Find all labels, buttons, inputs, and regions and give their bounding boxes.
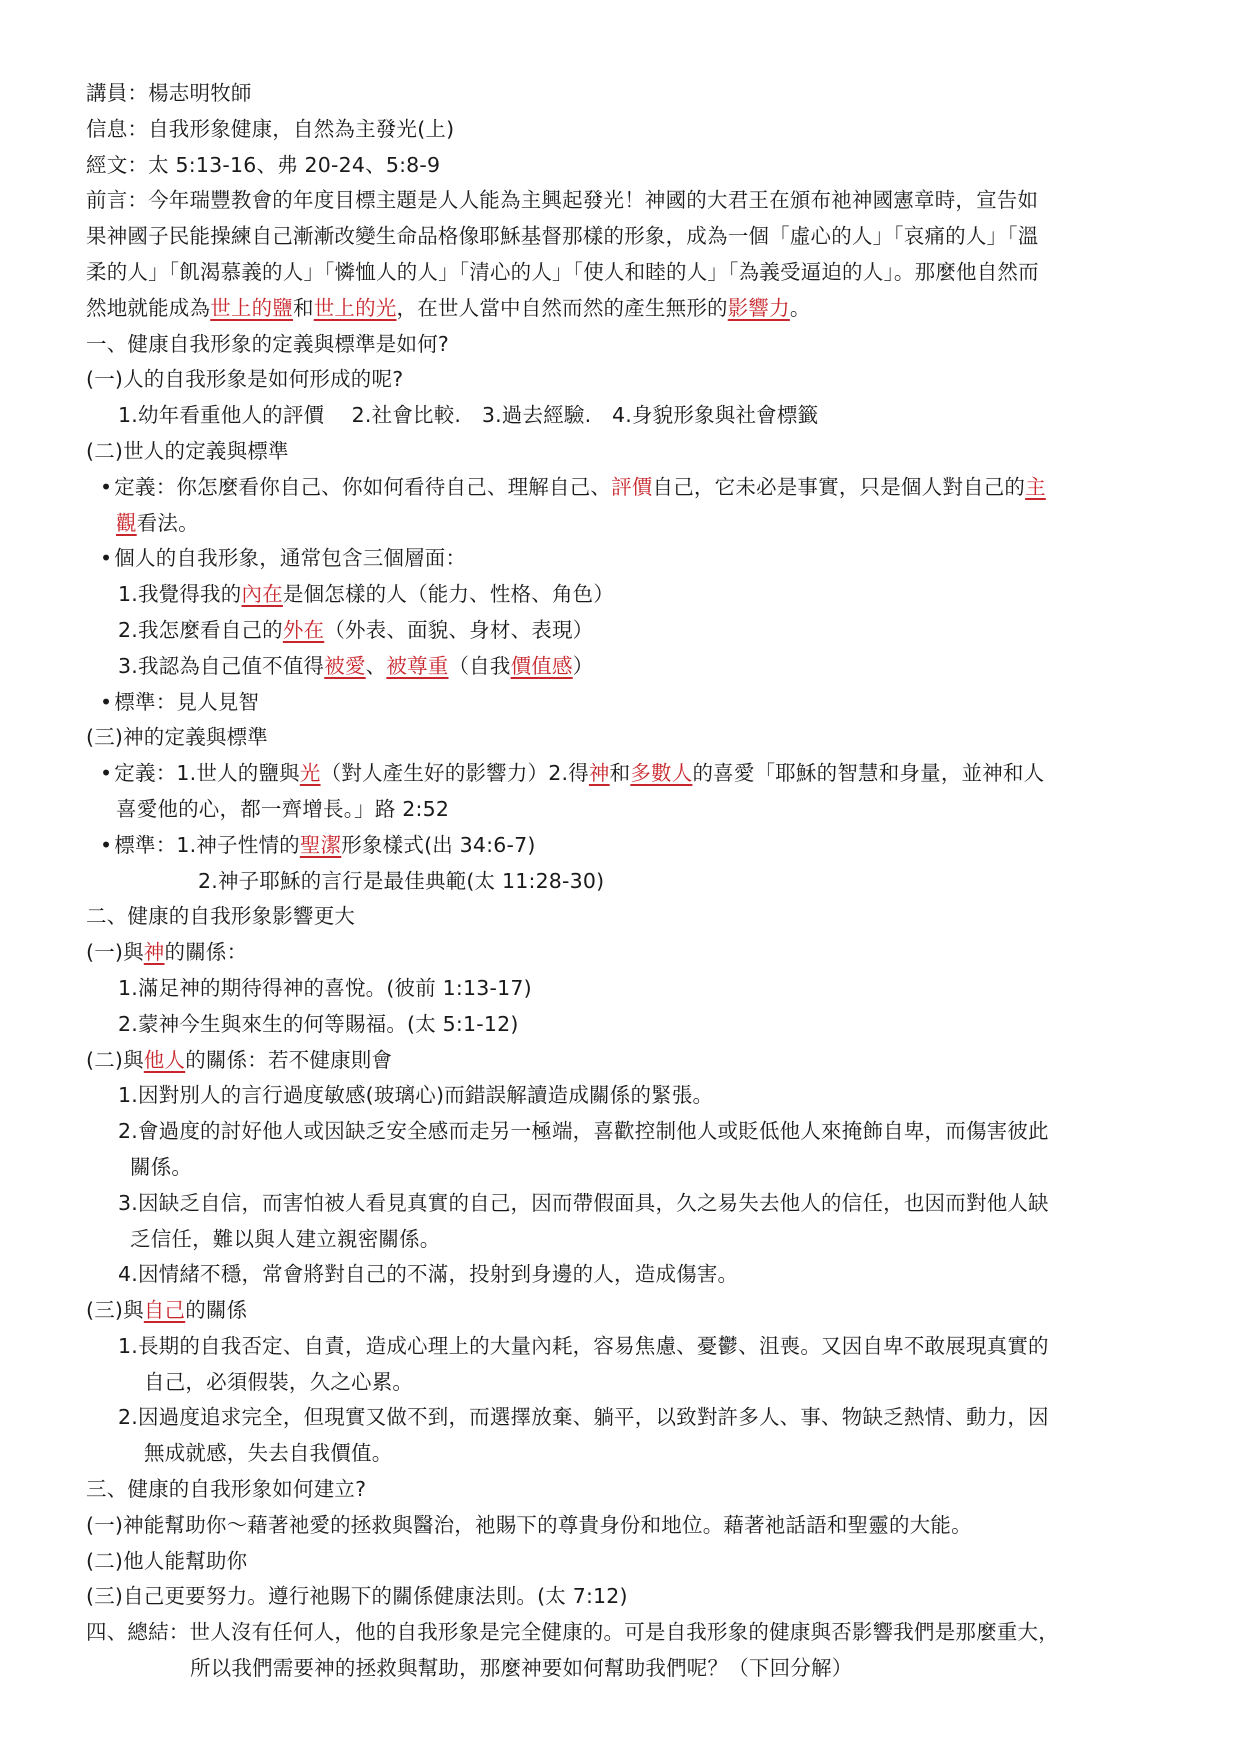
- world-standard: 標準：見人見智: [86, 685, 1166, 721]
- text: （自我: [448, 654, 510, 678]
- text: 和: [610, 761, 631, 785]
- section-2-sub-2-item-3-cont: 乏信任，難以與人建立親密關係。: [86, 1222, 1166, 1258]
- highlight-subjective: 觀: [116, 511, 137, 535]
- text: 和: [293, 296, 314, 320]
- section-2-sub-3-title: (三)與自己的關係: [86, 1293, 1166, 1329]
- section-2-sub-2-item-1: 1.因對別人的言行過度敏感(玻璃心)而錯誤解讀造成關係的緊張。: [86, 1078, 1166, 1114]
- section-2-sub-2-item-3: 3.因缺乏自信，而害怕被人看見真實的自己，因而帶假面具，久之易失去他人的信任，也…: [86, 1186, 1166, 1222]
- highlight-light: 光: [300, 761, 321, 785]
- sermon-outline: 講員：楊志明牧師 信息：自我形象健康，自然為主發光(上) 經文：太 5:13-1…: [86, 76, 1166, 1687]
- text: 定義：1.世人的鹽與: [114, 761, 300, 785]
- highlight-others: 他人: [144, 1048, 185, 1072]
- text: 的關係: [185, 1298, 247, 1322]
- god-definition-cont: 喜愛他的心，都一齊增長。」路 2:52: [86, 792, 1166, 828]
- god-definition: 定義：1.世人的鹽與光（對人產生好的影響力）2.得神和多數人的喜愛「耶穌的智慧和…: [86, 756, 1166, 792]
- highlight-subjective: 主: [1025, 475, 1046, 499]
- text: 然地就能成為: [86, 296, 210, 320]
- text: (二)與: [86, 1048, 144, 1072]
- text: 你怎麼看你自己、你如何看待自己、理解自己、: [176, 475, 611, 499]
- section-2-sub-3-item-2: 2.因過度追求完全，但現實又做不到，而選擇放棄、躺平，以致對許多人、事、物缺乏熱…: [86, 1400, 1166, 1436]
- layers-title: 個人的自我形象，通常包含三個層面：: [86, 541, 1166, 577]
- highlight-holiness: 聖潔: [300, 833, 341, 857]
- highlight-many-people: 多數人: [630, 761, 692, 785]
- message-label: 信息：: [86, 117, 148, 141]
- text: 2.我怎麼看自己的: [118, 618, 283, 642]
- highlight-evaluate: 評價: [611, 475, 652, 499]
- section-2-sub-3-item-1-cont: 自己，必須假裝，久之心累。: [86, 1365, 1166, 1401]
- intro-line-2: 果神國子民能操練自己漸漸改變生命品格像耶穌基督那樣的形象，成為一個「虛心的人」「…: [86, 219, 1166, 255]
- text: ）: [573, 654, 594, 678]
- text: (一)與: [86, 940, 144, 964]
- section-2-sub-2-item-2: 2.會過度的討好他人或因缺乏安全感而走另一極端，喜歡控制他人或貶低他人來掩飾自卑…: [86, 1114, 1166, 1150]
- text: 、: [366, 654, 387, 678]
- text: 的喜愛「耶穌的智慧和身量，並神和人: [692, 761, 1044, 785]
- section-2-sub-1-item-1: 1.滿足神的期待得神的喜悅。(彼前 1:13-17): [86, 971, 1166, 1007]
- section-2-title: 二、健康的自我形象影響更大: [86, 899, 1166, 935]
- text: 看法。: [137, 511, 199, 535]
- section-3-item-3: (三)自己更要努力。遵行祂賜下的關係健康法則。(太 7:12): [86, 1579, 1166, 1615]
- intro-text: 今年瑞豐教會的年度目標主題是人人能為主興起發光！神國的大君王在頒布祂神國憲章時，…: [148, 188, 1038, 212]
- section-2-sub-2-item-2-cont: 關係。: [86, 1150, 1166, 1186]
- intro-line-3: 柔的人」「飢渴慕義的人」「憐恤人的人」「清心的人」「使人和睦的人」「為義受逼迫的…: [86, 255, 1166, 291]
- intro-label: 前言：: [86, 188, 148, 212]
- text: 的關係：若不健康則會: [185, 1048, 392, 1072]
- highlight-influence: 影響力: [728, 296, 790, 320]
- text: （對人產生好的影響力）2.得: [321, 761, 589, 785]
- highlight-salt: 世上的鹽: [210, 296, 293, 320]
- text: 3.我認為自己值不值得: [118, 654, 324, 678]
- highlight-loved: 被愛: [324, 654, 365, 678]
- text: (三)與: [86, 1298, 144, 1322]
- highlight-outer: 外在: [283, 618, 324, 642]
- intro-line-4: 然地就能成為世上的鹽和世上的光，在世人當中自然而然的產生無形的影響力。: [86, 291, 1166, 327]
- highlight-light: 世上的光: [314, 296, 397, 320]
- section-1-sub-3-title: (三)神的定義與標準: [86, 720, 1166, 756]
- layer-1: 1.我覺得我的內在是個怎樣的人（能力、性格、角色）: [86, 577, 1166, 613]
- highlight-god: 神: [589, 761, 610, 785]
- world-definition: 定義：你怎麼看你自己、你如何看待自己、理解自己、評價自己，它未必是事實，只是個人…: [86, 470, 1166, 506]
- highlight-self-worth: 價值感: [511, 654, 573, 678]
- section-1-sub-1-title: (一)人的自我形象是如何形成的呢?: [86, 362, 1166, 398]
- text: 1.我覺得我的: [118, 582, 241, 606]
- section-4-line-2: 所以我們需要神的拯救與幫助，那麼神要如何幫助我們呢？（下回分解）: [86, 1651, 1166, 1687]
- scripture-refs: 太 5:13-16、弗 20-24、5:8-9: [148, 153, 440, 177]
- section-2-sub-3-item-1: 1.長期的自我否定、自責，造成心理上的大量內耗，容易焦慮、憂鬱、沮喪。又因自卑不…: [86, 1329, 1166, 1365]
- text: 定義：: [114, 475, 176, 499]
- text: 的關係：: [165, 940, 248, 964]
- scripture-line: 經文：太 5:13-16、弗 20-24、5:8-9: [86, 148, 1166, 184]
- section-2-sub-3-item-2-cont: 無成就感，失去自我價值。: [86, 1436, 1166, 1472]
- section-2-sub-2-item-4: 4.因情緒不穩，常會將對自己的不滿，投射到身邊的人，造成傷害。: [86, 1257, 1166, 1293]
- section-2-sub-2-title: (二)與他人的關係：若不健康則會: [86, 1043, 1166, 1079]
- layer-3: 3.我認為自己值不值得被愛、被尊重（自我價值感）: [86, 649, 1166, 685]
- text: 標準：1.神子性情的: [114, 833, 300, 857]
- world-definition-cont: 觀看法。: [86, 506, 1166, 542]
- speaker-line: 講員：楊志明牧師: [86, 76, 1166, 112]
- section-4-line-1: 四、總結：世人沒有任何人，他的自我形象是完全健康的。可是自我形象的健康與否影響我…: [86, 1615, 1166, 1651]
- highlight-respected: 被尊重: [386, 654, 448, 678]
- speaker-name: 楊志明牧師: [148, 81, 252, 105]
- scripture-label: 經文：: [86, 153, 148, 177]
- text: ，在世人當中自然而然的產生無形的: [397, 296, 728, 320]
- text: 自己，它未必是事實，只是個人對自己的: [653, 475, 1026, 499]
- text: 形象樣式(出 34:6-7): [341, 833, 535, 857]
- section-1-sub-2-title: (二)世人的定義與標準: [86, 434, 1166, 470]
- layer-2: 2.我怎麼看自己的外在（外表、面貌、身材、表現）: [86, 613, 1166, 649]
- section-2-sub-1-item-2: 2.蒙神今生與來生的何等賜福。(太 5:1-12): [86, 1007, 1166, 1043]
- intro-line-1: 前言：今年瑞豐教會的年度目標主題是人人能為主興起發光！神國的大君王在頒布祂神國憲…: [86, 183, 1166, 219]
- message-title: 自我形象健康，自然為主發光(上): [148, 117, 454, 141]
- text: 。: [790, 296, 811, 320]
- highlight-inner: 內在: [241, 582, 282, 606]
- speaker-label: 講員：: [86, 81, 148, 105]
- section-3-item-1: (一)神能幫助你～藉著祂愛的拯救與醫治，祂賜下的尊貴身份和地位。藉著祂話語和聖靈…: [86, 1508, 1166, 1544]
- highlight-god: 神: [144, 940, 165, 964]
- message-line: 信息：自我形象健康，自然為主發光(上): [86, 112, 1166, 148]
- god-standard-1: 標準：1.神子性情的聖潔形象樣式(出 34:6-7): [86, 828, 1166, 864]
- text: 是個怎樣的人（能力、性格、角色）: [283, 582, 614, 606]
- section-1-title: 一、健康自我形象的定義與標準是如何?: [86, 327, 1166, 363]
- section-2-sub-1-title: (一)與神的關係：: [86, 935, 1166, 971]
- text: （外表、面貌、身材、表現）: [324, 618, 593, 642]
- highlight-self: 自己: [144, 1298, 185, 1322]
- section-1-sub-1-items: 1.幼年看重他人的評價 2.社會比較. 3.過去經驗. 4.身貌形象與社會標籤: [86, 398, 1166, 434]
- section-3-item-2: (二)他人能幫助你: [86, 1544, 1166, 1580]
- section-3-title: 三、健康的自我形象如何建立?: [86, 1472, 1166, 1508]
- god-standard-2: 2.神子耶穌的言行是最佳典範(太 11:28-30): [86, 864, 1166, 900]
